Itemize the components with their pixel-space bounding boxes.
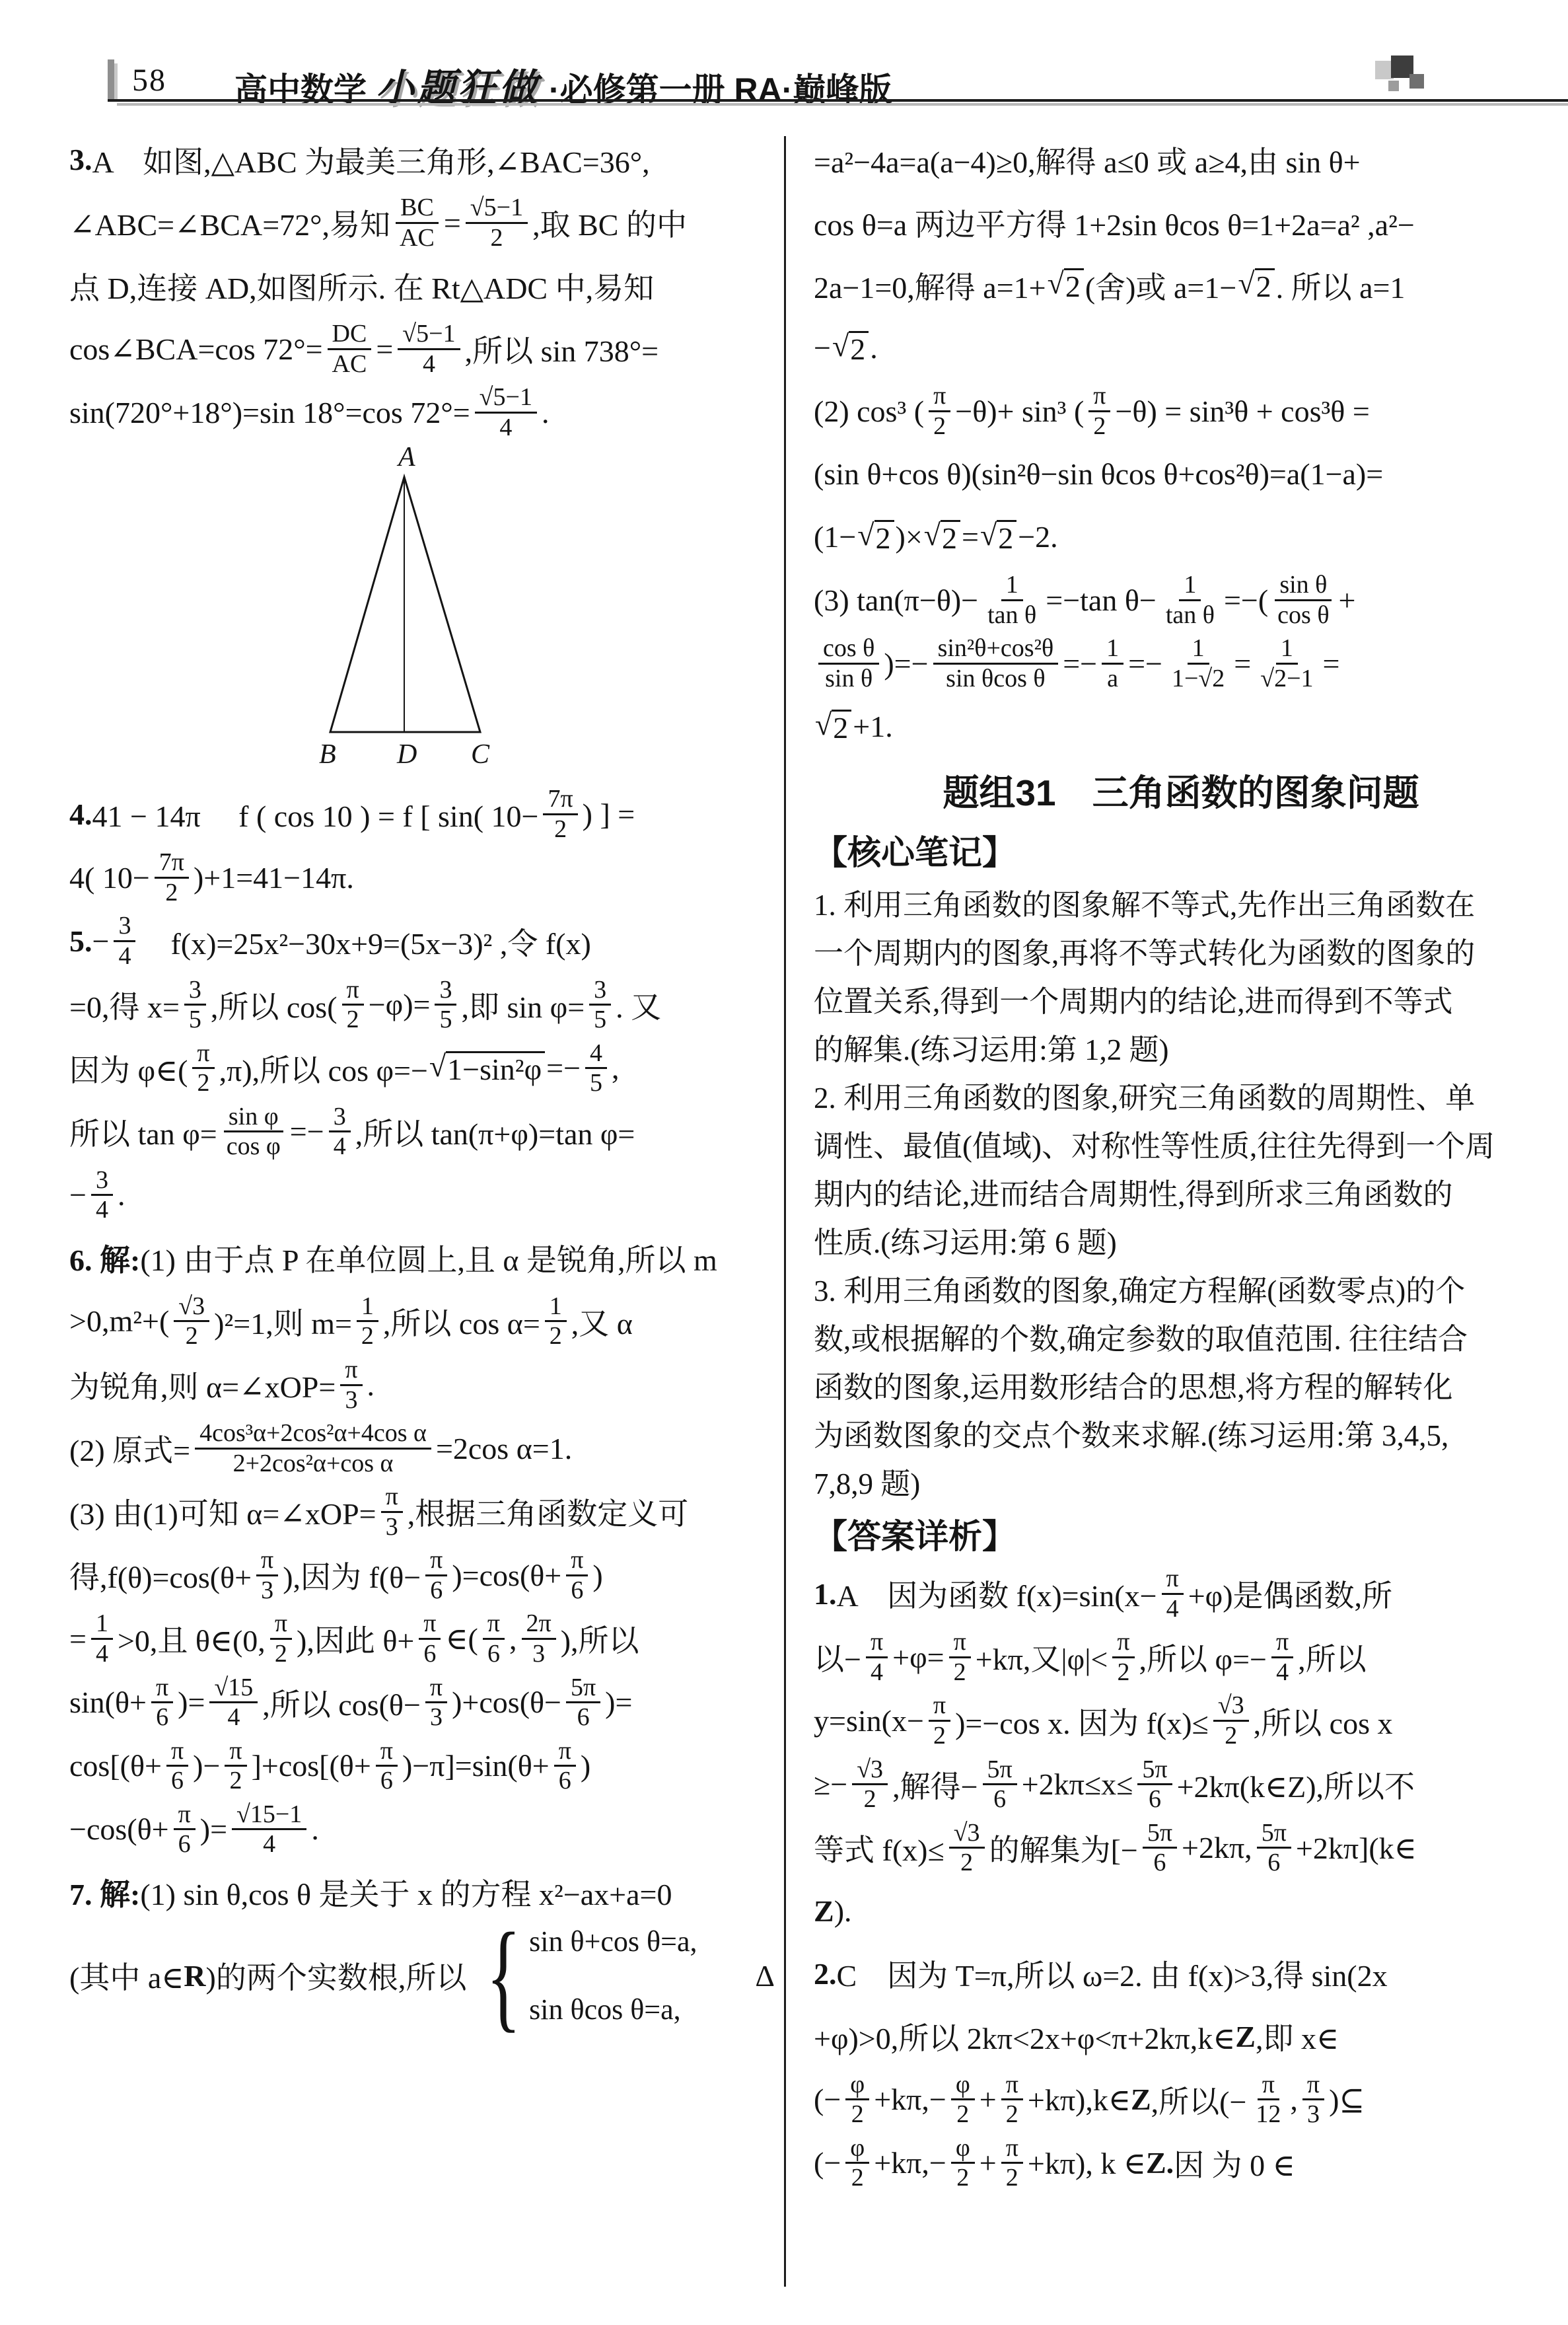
- math-line: (3) tan(π−θ)−1tan θ=−tan θ−1tan θ=−(sin …: [814, 568, 1548, 632]
- fraction-denominator: tan θ: [983, 601, 1041, 630]
- fraction-denominator: cos φ: [222, 1132, 285, 1161]
- fraction: √5−12: [466, 194, 528, 252]
- fraction-denominator: 4: [91, 1640, 113, 1668]
- fraction-denominator: 4: [258, 1830, 280, 1859]
- text-run: −2.: [1018, 519, 1057, 554]
- text-run: ,所以 cos α=: [383, 1300, 540, 1343]
- answer-details-label: 【答案详析】: [814, 1505, 1548, 1562]
- text-run: )+1=41−14π.: [194, 860, 354, 895]
- header-accent-bar: [108, 59, 114, 99]
- fraction-denominator: 6: [166, 1767, 188, 1795]
- core-notes: 1. 利用三角函数的图象解不等式,先作出三角函数在一个周期内的图象,再将不等式转…: [814, 878, 1548, 1505]
- math-line: ∠ABC=∠BCA=72°,易知BCAC=√5−12,取 BC 的中: [69, 191, 775, 254]
- fraction: φ2: [951, 2071, 975, 2129]
- text-run: 位置关系,得到一个周期内的结论,进而得到不等式: [814, 977, 1453, 1020]
- fraction-numerator: BC: [396, 194, 439, 224]
- fraction: 5π6: [1257, 1819, 1291, 1877]
- fraction-denominator: 2: [1001, 2100, 1023, 2129]
- bold-text-run: R: [184, 1958, 205, 1993]
- text-run: >0,m²+(: [69, 1304, 169, 1339]
- bold-text-run: 3.: [69, 142, 92, 177]
- text-run: ≥−: [814, 1767, 847, 1802]
- section-heading: 题组31 三角函数的图象问题: [814, 758, 1548, 821]
- radical-sign: √: [815, 710, 832, 740]
- fraction-numerator: π: [151, 1674, 173, 1704]
- math-line: (1−√2)×√2=√2−2.: [814, 505, 1548, 568]
- text-run: )²=1,则 m=: [214, 1300, 352, 1343]
- text-run: ,所以(−: [1151, 2078, 1247, 2122]
- fraction: π4: [866, 1628, 888, 1686]
- text-run: =0,得 x=: [69, 983, 180, 1027]
- math-line: >0,m²+(√32)²=1,则 m=12,所以 cos α=12,又 α: [69, 1290, 775, 1353]
- fraction: sin θcos θ: [1273, 571, 1334, 629]
- fraction: 5π6: [983, 1755, 1017, 1814]
- note-line: 3. 利用三角函数的图象,确定方程解(函数零点)的个: [814, 1264, 1548, 1312]
- text-run: ,所以 tan(π+φ)=tan φ=: [355, 1110, 635, 1154]
- math-line: 因为 φ∈(π2,π),所以 cos φ=−√1−sin²φ=−45,: [69, 1037, 775, 1100]
- system-row: sin θcos θ=a,: [529, 1993, 697, 2026]
- text-run: +φ=: [892, 1640, 944, 1675]
- text-run: =−(: [1224, 583, 1268, 618]
- math-line: 以−π4+φ=π2+kπ,又|φ|<π2,所以 φ=−π4,所以: [814, 1625, 1548, 1689]
- radical-sign: √: [980, 520, 997, 550]
- text-run: >0,且 θ∈(0,: [118, 1617, 266, 1660]
- radical-sign: √: [429, 1051, 446, 1082]
- fraction-numerator: 1: [1276, 634, 1298, 665]
- text-run: (2) 原式=: [69, 1426, 190, 1470]
- fraction-denominator: 4: [495, 414, 517, 442]
- fraction-numerator: 1: [1179, 571, 1201, 601]
- text-run: =−tan θ−: [1046, 583, 1157, 618]
- fraction-numerator: 7π: [543, 785, 577, 815]
- text-run: 的解集为[−: [989, 1826, 1138, 1870]
- fraction-denominator: 6: [1149, 1849, 1170, 1877]
- text-run: +: [1339, 583, 1356, 618]
- fraction-numerator: √3: [174, 1292, 209, 1323]
- text-run: 函数的图象,运用数形结合的思想,将方程的解转化: [814, 1363, 1453, 1406]
- bold-text-run: 7. 解:: [69, 1870, 140, 1914]
- math-line: 4. 41 − 14π f ( cos 10 ) = f [ sin( 10−7…: [69, 782, 775, 846]
- math-line: cos θ=a 两边平方得 1+2sin θcos θ=1+2a=a² ,a²−: [814, 191, 1548, 254]
- text-run: )×: [896, 519, 923, 554]
- fraction-numerator: π: [166, 1737, 188, 1767]
- fraction-denominator: 2: [956, 1849, 978, 1877]
- math-line: (其中 a∈R)的两个实数根,所以{sin θ+cos θ=a,sin θcos…: [69, 1924, 775, 2028]
- text-run: ,: [509, 1621, 517, 1656]
- fraction-denominator: 2: [1112, 1658, 1134, 1687]
- text-run: ,即 sin φ=: [461, 983, 585, 1027]
- text-run: 期内的结论,进而结合周期性,得到所求三角函数的: [814, 1170, 1453, 1213]
- fraction-numerator: 4cos³α+2cos²α+4cos α: [195, 1419, 431, 1450]
- math-line: 5. −34 f(x)=25x²−30x+9=(5x−3)² ,令 f(x): [69, 909, 775, 973]
- text-run: (3) tan(π−θ)−: [814, 583, 978, 618]
- problem-4: 4. 41 − 14π f ( cos 10 ) = f [ sin( 10−7…: [69, 782, 775, 909]
- text-run: f(x)=25x²−30x+9=(5x−3)² ,令 f(x): [140, 920, 590, 963]
- text-run: 为函数图象的交点个数来求解.(练习运用:第 3,4,5,: [814, 1411, 1448, 1454]
- radicand: 2: [874, 520, 894, 554]
- fraction-denominator: 5: [589, 1006, 611, 1034]
- text-run: .: [367, 1368, 375, 1403]
- fraction-numerator: 5π: [1137, 1755, 1172, 1786]
- fraction: √154: [209, 1674, 258, 1732]
- fraction-denominator: cos θ: [1273, 601, 1334, 630]
- fraction: π2: [270, 1609, 292, 1668]
- fraction: 2π3: [522, 1609, 556, 1668]
- fraction: sin²θ+cos²θsin θcos θ: [933, 634, 1059, 692]
- text-run: 的解集.(练习运用:第 1,2 题): [814, 1025, 1168, 1068]
- text-run: (其中 a∈: [69, 1954, 184, 1997]
- text-run: .: [118, 1177, 125, 1212]
- radical: √2: [815, 710, 851, 743]
- fraction-numerator: π: [1271, 1628, 1293, 1658]
- bold-text-run: 1.: [814, 1576, 837, 1611]
- fraction-denominator: 4: [418, 350, 440, 379]
- fraction-denominator: 2: [550, 815, 571, 844]
- system-rows: sin θ+cos θ=a,sin θcos θ=a,: [529, 1925, 697, 2026]
- fraction-numerator: 3: [589, 976, 611, 1006]
- problem-5: 5. −34 f(x)=25x²−30x+9=(5x−3)² ,令 f(x)=0…: [69, 909, 775, 1226]
- text-run: =: [376, 332, 393, 367]
- problem-7: 7. 解:(1) sin θ,cos θ 是关于 x 的方程 x²−ax+a=0…: [69, 1861, 775, 2028]
- text-run: 3. 利用三角函数的图象,确定方程解(函数零点)的个: [814, 1267, 1465, 1310]
- fraction-denominator: 5: [184, 1006, 206, 1034]
- text-run: =2cos α=1.: [436, 1431, 572, 1466]
- text-run: ,即 x∈: [1256, 2014, 1339, 2058]
- fraction-denominator: 4: [1162, 1595, 1184, 1623]
- corner-squares-decoration: [1375, 55, 1435, 98]
- fraction-denominator: 2: [485, 224, 507, 252]
- math-line: (−φ2+kπ,−φ2+π2+kπ), k ∈ Z. 因 为 0 ∈: [814, 2131, 1548, 2195]
- fraction-numerator: φ: [951, 2071, 975, 2101]
- fraction-numerator: 4: [585, 1039, 607, 1070]
- fraction-numerator: √5−1: [398, 320, 460, 350]
- math-line: 点 D,连接 AD,如图所示. 在 Rt△ADC 中,易知: [69, 254, 775, 317]
- note-line: 性质.(练习运用:第 6 题): [814, 1216, 1548, 1264]
- text-run: ,所以 cos(θ−: [262, 1681, 421, 1724]
- text-run: cos[(θ+: [69, 1748, 162, 1783]
- radicand: 2: [997, 520, 1016, 554]
- text-run: −: [92, 924, 110, 959]
- vertex-label-C: C: [471, 739, 489, 770]
- text-run: 点 D,连接 AD,如图所示. 在 Rt△ADC 中,易知: [69, 264, 654, 308]
- fraction: π6: [166, 1737, 188, 1795]
- fraction: 34: [91, 1166, 113, 1224]
- fraction-numerator: π: [376, 1737, 398, 1767]
- fraction: 35: [589, 976, 611, 1034]
- radical: √2: [924, 520, 960, 554]
- system-brace: {: [486, 1924, 521, 2028]
- fraction-denominator: 2: [270, 1640, 292, 1668]
- fraction: √32: [1213, 1691, 1249, 1750]
- text-run: =: [1323, 646, 1340, 681]
- note-line: 位置关系,得到一个周期内的结论,进而得到不等式: [814, 975, 1548, 1023]
- fraction-numerator: π: [1001, 2134, 1023, 2164]
- text-run: ∠ABC=∠BCA=72°,易知: [69, 201, 390, 244]
- note-line: 函数的图象,运用数形结合的思想,将方程的解转化: [814, 1360, 1548, 1409]
- text-run: −: [814, 330, 831, 365]
- text-run: =−: [1063, 646, 1097, 681]
- text-run: +: [980, 2082, 997, 2117]
- fraction: π4: [1162, 1565, 1184, 1623]
- fraction-denominator: 2: [545, 1322, 567, 1350]
- fraction-numerator: 5π: [566, 1674, 600, 1704]
- fraction-numerator: 1: [1102, 634, 1123, 665]
- fraction-denominator: 6: [483, 1640, 505, 1668]
- fraction-denominator: 4: [329, 1132, 351, 1161]
- text-run: (舍)或 a=1−: [1085, 264, 1236, 307]
- radicand: 2: [849, 331, 869, 365]
- problem-3: 3. A 如图,△ABC 为最美三角形,∠BAC=36°,∠ABC=∠BCA=7…: [69, 128, 775, 444]
- fraction: π6: [554, 1737, 576, 1795]
- fraction-numerator: 5π: [1257, 1819, 1291, 1849]
- fraction-numerator: 1: [1001, 571, 1023, 601]
- text-run: 得,f(θ)=cos(θ+: [69, 1553, 252, 1597]
- fraction: π2: [192, 1039, 214, 1097]
- note-line: 7,8,9 题): [814, 1457, 1548, 1505]
- fraction-denominator: 2: [859, 1785, 881, 1814]
- fraction-numerator: π: [1112, 1628, 1134, 1658]
- fraction-numerator: 5π: [983, 1755, 1017, 1786]
- fraction-denominator: 2: [1001, 2164, 1023, 2192]
- fraction-numerator: π: [174, 1800, 196, 1831]
- fraction: φ2: [845, 2134, 869, 2192]
- bold-text-run: Z: [1131, 2082, 1151, 2117]
- fraction-numerator: π: [483, 1609, 505, 1640]
- text-run: .: [542, 395, 550, 430]
- fraction-numerator: √5−1: [466, 194, 528, 224]
- fraction: π6: [376, 1737, 398, 1795]
- fraction: 4cos³α+2cos²α+4cos α2+2cos²α+cos α: [195, 1419, 431, 1477]
- fraction-numerator: π: [192, 1039, 214, 1070]
- fraction: 5π6: [1137, 1755, 1172, 1814]
- column-divider: [784, 136, 786, 2287]
- problem-6: 6. 解:(1) 由于点 P 在单位圆上,且 α 是锐角,所以 m>0,m²+(…: [69, 1227, 775, 1861]
- radical: √2: [1238, 268, 1274, 302]
- fraction: π3: [381, 1483, 403, 1541]
- fraction-denominator: 1−√2: [1167, 665, 1229, 693]
- text-run: )⊆: [1329, 2082, 1365, 2118]
- bold-text-run: Z: [814, 1894, 834, 1929]
- fraction-denominator: 2: [225, 1767, 246, 1795]
- math-line: (2) 原式=4cos³α+2cos²α+4cos α2+2cos²α+cos …: [69, 1417, 775, 1480]
- fraction-numerator: √5−1: [475, 383, 537, 414]
- text-run: +: [980, 2145, 997, 2180]
- text-run: Δ: [755, 1958, 775, 1993]
- text-run: ,所以 φ=−: [1139, 1635, 1267, 1679]
- fraction: 34: [114, 912, 135, 970]
- text-run: 4( 10−: [69, 860, 150, 895]
- text-run: (1) 由于点 P 在单位圆上,且 α 是锐角,所以 m: [140, 1236, 717, 1280]
- text-run: +2kπ](k∈: [1296, 1830, 1417, 1866]
- text-run: ),因为 f(θ−: [283, 1553, 421, 1597]
- fraction: DCAC: [328, 320, 372, 378]
- fraction: √32: [949, 1819, 985, 1877]
- fraction: 7π2: [155, 848, 189, 906]
- fraction: π2: [1001, 2134, 1023, 2192]
- math-line: =a²−4a=a(a−4)≥0,解得 a≤0 或 a≥4,由 sin θ+: [814, 128, 1548, 191]
- fraction-denominator: 3: [1302, 2100, 1324, 2129]
- text-run: +2kπ(k∈Z),所以不: [1177, 1763, 1415, 1806]
- note-line: 期内的结论,进而结合周期性,得到所求三角函数的: [814, 1167, 1548, 1216]
- text-run: ) ] =: [583, 797, 635, 832]
- fraction: √32: [852, 1755, 888, 1814]
- fraction-denominator: 6: [566, 1576, 588, 1605]
- radical-sign: √: [1238, 268, 1254, 299]
- radical: √2: [857, 520, 894, 554]
- system-row: sin θ+cos θ=a,: [529, 1925, 697, 1958]
- text-run: ,: [612, 1051, 620, 1086]
- math-line: 2. C 因为 T=π,所以 ω=2. 由 f(x)>3,得 sin(2x: [814, 1942, 1548, 2005]
- math-line: 为锐角,则 α=∠xOP=π3.: [69, 1353, 775, 1417]
- fraction-denominator: 2: [949, 1658, 971, 1687]
- fraction: 11−√2: [1167, 634, 1229, 692]
- fraction: π2: [949, 1628, 971, 1686]
- fraction-denominator: 2: [929, 412, 950, 441]
- math-line: 等式 f(x)≤√32的解集为[−5π6+2kπ,5π6+2kπ](k∈: [814, 1816, 1548, 1880]
- note-line: 一个周期内的图象,再将不等式转化为函数的图象的: [814, 926, 1548, 975]
- fraction: π2: [1088, 382, 1110, 440]
- vertex-label-A: A: [398, 441, 415, 473]
- fraction: 1tan θ: [1161, 571, 1219, 629]
- fraction: π3: [425, 1674, 447, 1732]
- text-run: sin(θ+: [69, 1685, 147, 1720]
- fraction-denominator: √2−1: [1256, 665, 1318, 693]
- fraction-denominator: 2: [160, 879, 182, 907]
- fraction: 5π6: [566, 1674, 600, 1732]
- text-run: (−: [814, 2082, 841, 2117]
- fraction: √5−14: [398, 320, 460, 378]
- text-run: +1.: [853, 709, 892, 744]
- fraction: π3: [1302, 2071, 1324, 2129]
- note-line: 1. 利用三角函数的图象解不等式,先作出三角函数在: [814, 878, 1548, 926]
- deco-square: [1409, 74, 1424, 89]
- fraction-numerator: 3: [114, 912, 135, 942]
- fraction: 7π2: [543, 785, 577, 843]
- fraction-numerator: π: [1001, 2071, 1023, 2101]
- math-line: −34.: [69, 1163, 775, 1227]
- math-line: =14>0,且 θ∈(0,π2),因此 θ+π6∈(π6,2π3),所以: [69, 1607, 775, 1670]
- text-run: ).: [834, 1894, 852, 1929]
- text-run: . 又: [616, 983, 661, 1027]
- fraction-numerator: π: [381, 1483, 403, 1513]
- text-run: )=: [178, 1685, 205, 1720]
- radicand: 2: [1255, 268, 1275, 302]
- fraction-numerator: π: [929, 382, 950, 412]
- text-run: 调性、最值(值域)、对称性等性质,往往先得到一个周: [814, 1122, 1495, 1165]
- left-column: 3. A 如图,△ABC 为最美三角形,∠BAC=36°,∠ABC=∠BCA=7…: [69, 128, 775, 2028]
- math-line: cos θsin θ)=−sin²θ+cos²θsin θcos θ=−1a=−…: [814, 632, 1548, 695]
- radical-sign: √: [924, 520, 941, 550]
- fraction-numerator: √3: [949, 1819, 985, 1849]
- text-run: )=−: [884, 646, 928, 681]
- text-run: 所以 tan φ=: [69, 1110, 217, 1154]
- fraction: π6: [419, 1609, 441, 1668]
- isosceles-triangle-drawing: [301, 468, 525, 745]
- fraction-numerator: 1: [545, 1292, 567, 1323]
- text-run: +kπ,又|φ|<: [976, 1635, 1108, 1679]
- note-line: 调性、最值(值域)、对称性等性质,往往先得到一个周: [814, 1119, 1548, 1167]
- text-run: ,解得−: [892, 1763, 978, 1806]
- math-line: sin(θ+π6)=√154,所以 cos(θ−π3)+cos(θ−5π6)=: [69, 1671, 775, 1734]
- math-line: 1. A 因为函数 f(x)=sin(x−π4+φ)是偶函数,所: [814, 1562, 1548, 1625]
- text-run: −φ)=: [369, 987, 431, 1022]
- fraction: π6: [566, 1546, 588, 1604]
- fraction-denominator: 2: [342, 1006, 364, 1034]
- fraction-denominator: 6: [1144, 1785, 1166, 1814]
- text-run: 1. 利用三角函数的图象解不等式,先作出三角函数在: [814, 881, 1475, 924]
- fraction-denominator: 3: [340, 1386, 362, 1415]
- fraction-denominator: 2: [847, 2164, 869, 2192]
- math-line: Z).: [814, 1880, 1548, 1942]
- text-run: =: [69, 1621, 87, 1656]
- text-run: 2. 利用三角函数的图象,研究三角函数的周期性、单: [814, 1074, 1475, 1117]
- radical: √2: [832, 331, 869, 365]
- fraction: 5π6: [1143, 1819, 1177, 1877]
- fraction-numerator: π: [929, 1691, 950, 1722]
- book-page: 58 高中数学 小题狂做 ·必修第一册 RA·巅峰版 3. A 如图,△ABC …: [0, 0, 1568, 2325]
- fraction-numerator: π: [1162, 1565, 1184, 1595]
- fraction: π4: [1271, 1628, 1293, 1686]
- text-run: −θ)+ sin³ (: [955, 394, 1084, 429]
- fraction-denominator: tan θ: [1161, 601, 1219, 630]
- fraction-numerator: π: [1258, 2071, 1279, 2101]
- fraction-numerator: 2π: [522, 1609, 556, 1640]
- fraction-numerator: 1: [357, 1292, 378, 1323]
- text-run: =: [962, 519, 979, 554]
- fraction: sin φcos φ: [222, 1103, 285, 1161]
- text-run: A 如图,△ABC 为最美三角形,∠BAC=36°,: [92, 138, 650, 182]
- fraction: φ2: [951, 2134, 975, 2192]
- text-run: 性质.(练习运用:第 6 题): [814, 1218, 1117, 1261]
- fraction-denominator: 6: [554, 1767, 576, 1795]
- math-line: ≥−√32,解得−5π6+2kπ≤x≤5π6+2kπ(k∈Z),所以不: [814, 1753, 1548, 1816]
- text-run: (3) 由(1)可知 α=∠xOP=: [69, 1490, 376, 1533]
- fraction-denominator: 2: [357, 1322, 378, 1350]
- text-run: C 因为 T=π,所以 ω=2. 由 f(x)>3,得 sin(2x: [837, 1952, 1388, 1995]
- text-run: (−: [814, 2145, 841, 2180]
- fraction-numerator: 7π: [155, 848, 189, 879]
- fraction: π3: [340, 1356, 362, 1414]
- fraction-denominator: 2: [929, 1722, 950, 1750]
- text-run: ): [581, 1748, 590, 1783]
- math-line: 6. 解:(1) 由于点 P 在单位圆上,且 α 是锐角,所以 m: [69, 1227, 775, 1290]
- fraction-numerator: π: [554, 1737, 576, 1767]
- text-run: =−: [290, 1114, 324, 1149]
- fraction-denominator: 3: [528, 1640, 550, 1668]
- text-run: +φ)>0,所以 2kπ<2x+φ<π+2kπ,k∈: [814, 2014, 1235, 2058]
- text-run: −cos(θ+: [69, 1812, 169, 1847]
- fraction-denominator: 4: [866, 1658, 888, 1687]
- fraction: π2: [929, 382, 950, 440]
- text-run: +2kπ,: [1182, 1830, 1252, 1865]
- fraction-denominator: 4: [1271, 1658, 1293, 1687]
- text-run: (1) sin θ,cos θ 是关于 x 的方程 x²−ax+a=0: [140, 1870, 672, 1914]
- fraction: 1√2−1: [1256, 634, 1318, 692]
- fraction-numerator: π: [566, 1546, 588, 1576]
- text-run: =a²−4a=a(a−4)≥0,解得 a≤0 或 a≥4,由 sin θ+: [814, 138, 1361, 182]
- fraction-denominator: 2+2cos²α+cos α: [229, 1450, 398, 1478]
- text-run: 以−: [814, 1635, 861, 1679]
- text-run: =: [1234, 646, 1251, 681]
- text-run: A 因为函数 f(x)=sin(x−: [837, 1572, 1157, 1615]
- fraction-denominator: 5: [585, 1069, 607, 1097]
- math-line: 所以 tan φ=sin φcos φ=−34,所以 tan(π+φ)=tan …: [69, 1100, 775, 1163]
- note-line: 为函数图象的交点个数来求解.(练习运用:第 3,4,5,: [814, 1409, 1548, 1457]
- fraction-denominator: 4: [114, 942, 135, 971]
- fraction: 34: [329, 1103, 351, 1161]
- fraction-denominator: 3: [256, 1576, 278, 1605]
- vertex-label-B: B: [319, 739, 336, 770]
